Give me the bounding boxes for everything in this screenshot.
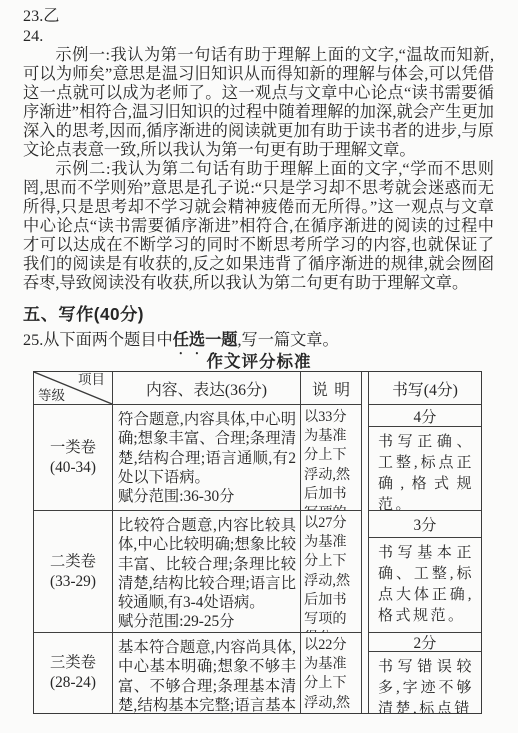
grade-name-3: 三类卷	[50, 653, 96, 673]
answers-block: 23.乙 24. 示例一:我认为第一句话有助于理解上面的文字,“温故而知新,可以…	[23, 6, 494, 293]
grade-range-3: (28-24)	[50, 673, 96, 693]
writing-desc-2: 书写基本正确、工整,标点大体正确,格式规范。	[369, 538, 481, 632]
criteria-text-2: 比较符合题意,内容比较具体,中心比较明确;想象比较丰富、比较合理;条理比较清楚,…	[118, 516, 296, 612]
col-header-content: 内容、表达(36分)	[113, 372, 301, 405]
grade-cell-2: 二类卷 (33-29)	[34, 511, 113, 633]
col-header-note-right: 明	[334, 377, 350, 400]
question-25-suffix: ,写一篇文章。	[237, 331, 338, 349]
corner-cell: 项目 等级	[34, 372, 113, 405]
header-project-label: 项目	[78, 373, 105, 387]
writing-score-1: 4分	[369, 405, 481, 427]
grade-name-1: 一类卷	[50, 438, 96, 458]
criteria-cell-1: 符合题意,内容具体,中心明确;想象丰富、合理;条理清楚,结构合理;语言通顺,有2…	[113, 405, 301, 511]
grade-name-2: 二类卷	[50, 552, 96, 572]
writing-desc-1: 书写正确、工整,标点正确,格式规范。	[369, 427, 481, 510]
rubric-table: 项目 等级 内容、表达(36分) 说 明 书写(4分) 一类卷 (40-34) …	[33, 371, 482, 714]
note-cell-1: 以33分为基准分上下浮动,然后加书写项的得分。	[301, 405, 361, 511]
score-range-1: 赋分范围:36-30分	[118, 487, 296, 506]
note-cell-3: 以22分为基准分上下浮动,然后加书	[301, 633, 361, 713]
example-paragraph-2: 示例二:我认为第二句话有助于理解上面的文字,“学而不思则罔,思而不学则殆”意思是…	[23, 160, 494, 293]
header-grade-label: 等级	[38, 389, 65, 403]
answer-24: 24.	[23, 26, 494, 46]
score-range-2: 赋分范围:29-25分	[118, 612, 296, 631]
writing-section-heading: 五、写作(40分)	[23, 300, 144, 325]
writing-cell-1: 4分 书写正确、工整,标点正确,格式规范。	[369, 405, 481, 511]
grade-cell-3: 三类卷 (28-24)	[34, 633, 113, 713]
col-header-note: 说 明	[301, 372, 361, 405]
answer-23: 23.乙	[23, 6, 494, 26]
writing-cell-3: 2分 书写错误较多,字迹不够清楚,标点错	[369, 633, 481, 713]
note-cell-2: 以27分为基准分上下浮动,然后加书写项的得分。	[301, 511, 361, 633]
writing-desc-3: 书写错误较多,字迹不够清楚,标点错	[369, 652, 481, 713]
col-header-note-left: 说	[312, 377, 328, 400]
double-rule-column	[361, 372, 369, 713]
grade-range-1: (40-34)	[50, 458, 96, 478]
example-paragraph-1: 示例一:我认为第一句话有助于理解上面的文字,“温故而知新,可以为师矣”意思是温习…	[23, 46, 494, 160]
question-25-prefix: 25.从下面两个题目中	[23, 331, 173, 349]
criteria-text-1: 符合题意,内容具体,中心明确;想象丰富、合理;条理清楚,结构合理;语言通顺,有2…	[118, 410, 296, 487]
writing-score-2: 3分	[369, 511, 481, 538]
criteria-text-3: 基本符合题意,内容尚具体,中心基本明确;想象不够丰富、不够合理;条理基本清楚,结…	[118, 638, 296, 713]
writing-cell-2: 3分 书写基本正确、工整,标点大体正确,格式规范。	[369, 511, 481, 633]
criteria-cell-3: 基本符合题意,内容尚具体,中心基本明确;想象不够丰富、不够合理;条理基本清楚,结…	[113, 633, 301, 713]
criteria-cell-2: 比较符合题意,内容比较具体,中心比较明确;想象比较丰富、比较合理;条理比较清楚,…	[113, 511, 301, 633]
rubric-title: 作文评分标准	[0, 348, 518, 372]
grade-cell-1: 一类卷 (40-34)	[34, 405, 113, 511]
col-header-writing: 书写(4分)	[369, 372, 481, 405]
emphasis-phrase: 任选一题	[173, 331, 238, 349]
writing-score-3: 2分	[369, 633, 481, 652]
grade-range-2: (33-29)	[50, 572, 96, 592]
document-page: { "page": { "q23": "23.乙", "q24": "24.",…	[0, 0, 518, 733]
